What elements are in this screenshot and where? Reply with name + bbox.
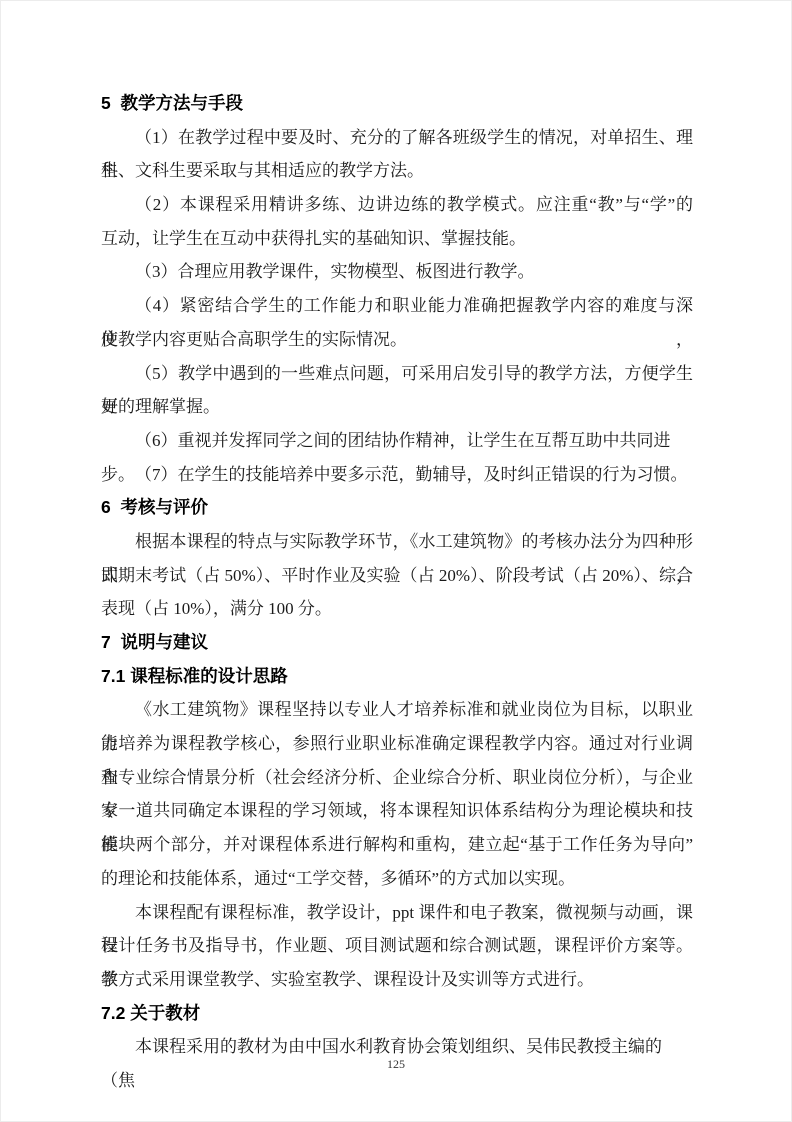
document-page: 5 教学方法与手段（1）在教学过程中要及时、充分的了解各班级学生的情况，对单招生… (0, 0, 792, 1122)
paragraph-line: （6）重视并发挥同学之间的团结协作精神，让学生在互帮互助中共同进步。 (101, 424, 693, 458)
paragraph-line: 的理论和技能体系，通过“工学交替，多循环”的方式加以实现。 (101, 862, 693, 896)
paragraph-line: 设计任务书及指导书，作业题、项目测试题和综合测试题，课程评价方案等。教 (101, 929, 693, 963)
paragraph-line: 家一道共同确定本课程的学习领域，将本课程知识体系结构分为理论模块和技能 (101, 794, 693, 828)
paragraph-line: （4）紧密结合学生的工作能力和职业能力准确把握教学内容的难度与深度， (101, 289, 693, 323)
paragraph-line: 力培养为课程教学核心，参照行业职业标准确定课程教学内容。通过对行业调查 (101, 727, 693, 761)
section-heading: 5 教学方法与手段 (101, 87, 693, 121)
paragraph-line: 即期末考试（占 50%）、平时作业及实验（占 20%）、阶段考试（占 20%）、… (101, 559, 693, 593)
paragraph-line: （2）本课程采用精讲多练、边讲边练的教学模式。应注重“教”与“学”的 (101, 188, 693, 222)
paragraph-line: 生、文科生要采取与其相适应的教学方法。 (101, 154, 693, 188)
paragraph-line: 学方式采用课堂教学、实验室教学、课程设计及实训等方式进行。 (101, 963, 693, 997)
paragraph-line: 模块两个部分，并对课程体系进行解构和重构，建立起“基于工作任务为导向” (101, 828, 693, 862)
document-content: 5 教学方法与手段（1）在教学过程中要及时、充分的了解各班级学生的情况，对单招生… (101, 87, 693, 1064)
section-heading: 7.2 关于教材 (101, 997, 693, 1031)
section-heading: 7 说明与建议 (101, 626, 693, 660)
paragraph-line: （7）在学生的技能培养中要多示范，勤辅导，及时纠正错误的行为习惯。 (101, 458, 693, 492)
paragraph-line: 本课程配有课程标准，教学设计，ppt 课件和电子教案，微视频与动画，课程 (101, 896, 693, 930)
paragraph-line: 好的理解掌握。 (101, 390, 693, 424)
paragraph-line: （1）在教学过程中要及时、充分的了解各班级学生的情况，对单招生、理科 (101, 121, 693, 155)
section-heading: 6 考核与评价 (101, 491, 693, 525)
paragraph-line: （3）合理应用教学课件，实物模型、板图进行教学。 (101, 255, 693, 289)
paragraph-line: （5）教学中遇到的一些难点问题，可采用启发引导的教学方法，方便学生更 (101, 357, 693, 391)
paragraph-line: 《水工建筑物》课程坚持以专业人才培养标准和就业岗位为目标，以职业能 (101, 693, 693, 727)
section-heading: 7.1 课程标准的设计思路 (101, 660, 693, 694)
paragraph-line: 根据本课程的特点与实际教学环节，《水工建筑物》的考核办法分为四种形式， (101, 525, 693, 559)
paragraph-line: 表现（占 10%），满分 100 分。 (101, 592, 693, 626)
paragraph-line: 和专业综合情景分析（社会经济分析、企业综合分析、职业岗位分析），与企业专 (101, 761, 693, 795)
paragraph-line: 互动，让学生在互动中获得扎实的基础知识、掌握技能。 (101, 222, 693, 256)
page-number: 125 (1, 1057, 791, 1072)
